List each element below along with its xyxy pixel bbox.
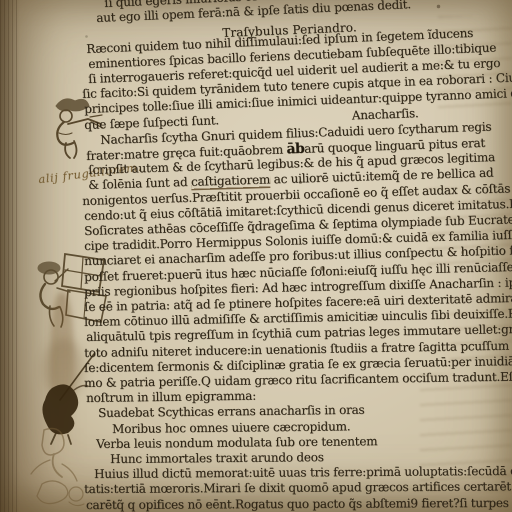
- book-page-scan: alij frugaliorem.: [0, 0, 512, 512]
- text-line: Hunc immortales traxit arundo deos: [110, 450, 324, 466]
- text-block: ſi quid egeris iniurioſus esaut ego illi…: [0, 0, 512, 512]
- underlined-word: caſtigatiorem: [191, 173, 270, 189]
- heading-anacharsis: Anacharſis.: [352, 106, 419, 122]
- text-line: Moribus hoc omnes uiuere cæcropidum.: [112, 419, 350, 436]
- text-line: carētq̃ q opifices nō eēnt.Rogatus quo p…: [86, 495, 512, 511]
- text-run: Verba leuis nondum modulata ſub ore tene…: [96, 434, 377, 451]
- text-line: Suadebat Scythicas errans anacharſis in …: [98, 403, 365, 420]
- text-run: carētq̃ q opifices nō eēnt.Rogatus quo p…: [86, 495, 512, 511]
- text-run: tatis:tertiā mœroris.Mirari ſe dixit quo…: [84, 480, 512, 497]
- text-run: Huius illud dictū memorat:uitē uuas tris…: [94, 464, 512, 481]
- text-line: noſtrum in illum epigramma:: [86, 389, 256, 405]
- text-line: Verba leuis nondum modulata ſub ore tene…: [96, 434, 377, 451]
- text-run: Moribus hoc omnes uiuere cæcropidum.: [112, 419, 350, 436]
- ink-specks: [0, 0, 1, 1]
- handwritten-correction: āb: [286, 141, 304, 158]
- text-line: Huius illud dictū memorat:uitē uuas tris…: [94, 464, 512, 481]
- text-run: Suadebat Scythicas errans anacharſis in …: [98, 403, 365, 420]
- text-line: tatis:tertiā mœroris.Mirari ſe dixit quo…: [84, 480, 512, 497]
- text-run: noſtrum in illum epigramma:: [86, 389, 256, 405]
- text-run: & ſolēnia ſunt ad: [88, 175, 191, 192]
- text-run: Hunc immortales traxit arundo deos: [110, 450, 324, 466]
